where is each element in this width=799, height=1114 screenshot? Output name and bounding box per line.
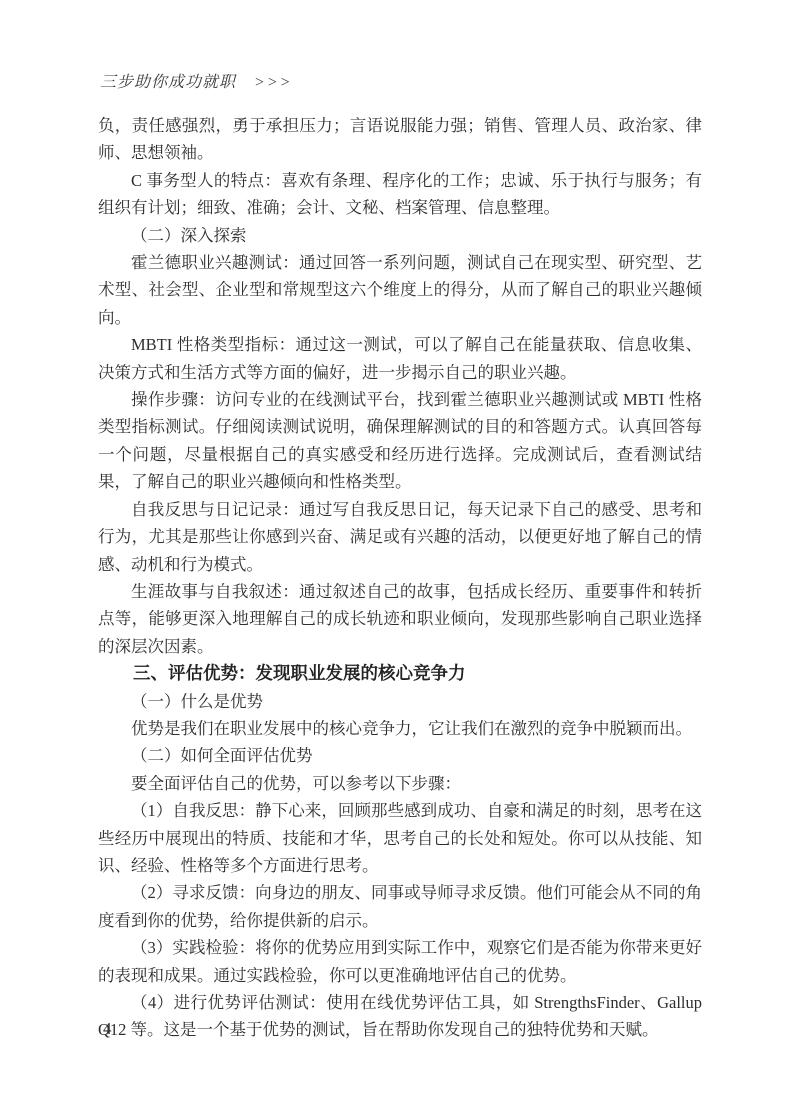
list-item-paragraph: （2）寻求反馈：向身边的朋友、同事或导师寻求反馈。他们可能会从不同的角度看到你的…: [98, 879, 702, 934]
paragraph: 生涯故事与自我叙述：通过叙述自己的故事，包括成长经历、重要事件和转折点等，能够更…: [98, 578, 702, 660]
paragraph: 霍兰德职业兴趣测试：通过回答一系列问题，测试自己在现实型、研究型、艺术型、社会型…: [98, 249, 702, 331]
subsection-heading: （一）什么是优势: [98, 688, 702, 715]
document-body: 负，责任感强烈，勇于承担压力；言语说服能力强；销售、管理人员、政治家、律师、思想…: [98, 112, 702, 1044]
subsection-heading: （二）如何全面评估优势: [98, 742, 702, 769]
paragraph: 操作步骤：访问专业的在线测试平台，找到霍兰德职业兴趣测试或 MBTI 性格类型指…: [98, 386, 702, 496]
list-item-paragraph: （4）进行优势评估测试：使用在线优势评估工具，如 StrengthsFinder…: [98, 989, 702, 1044]
list-item-paragraph: （3）实践检验：将你的优势应用到实际工作中，观察它们是否能为你带来更好的表现和成…: [98, 934, 702, 989]
document-page: 三步助你成功就职>>> 负，责任感强烈，勇于承担压力；言语说服能力强；销售、管理…: [0, 0, 799, 1114]
paragraph: 优势是我们在职业发展中的核心竞争力，它让我们在激烈的竞争中脱颖而出。: [98, 715, 702, 742]
subsection-heading: （二）深入探索: [98, 222, 702, 249]
list-item-paragraph: （1）自我反思：静下心来，回顾那些感到成功、自豪和满足的时刻，思考在这些经历中展…: [98, 797, 702, 879]
paragraph: 自我反思与日记记录：通过写自我反思日记，每天记录下自己的感受、思考和行为，尤其是…: [98, 496, 702, 578]
paragraph: MBTI 性格类型指标：通过这一测试，可以了解自己在能量获取、信息收集、决策方式…: [98, 331, 702, 386]
running-header-title: 三步助你成功就职: [100, 74, 236, 91]
paragraph: C 事务型人的特点：喜欢有条理、程序化的工作；忠诚、乐于执行与服务；有组织有计划…: [98, 167, 702, 222]
running-header-marks: >>>: [254, 74, 292, 91]
paragraph-continuation: 负，责任感强烈，勇于承担压力；言语说服能力强；销售、管理人员、政治家、律师、思想…: [98, 112, 702, 167]
paragraph: 要全面评估自己的优势，可以参考以下步骤：: [98, 770, 702, 797]
running-header: 三步助你成功就职>>>: [100, 74, 292, 92]
section-heading: 三、评估优势：发现职业发展的核心竞争力: [98, 660, 702, 687]
page-number: 4: [103, 1018, 112, 1040]
